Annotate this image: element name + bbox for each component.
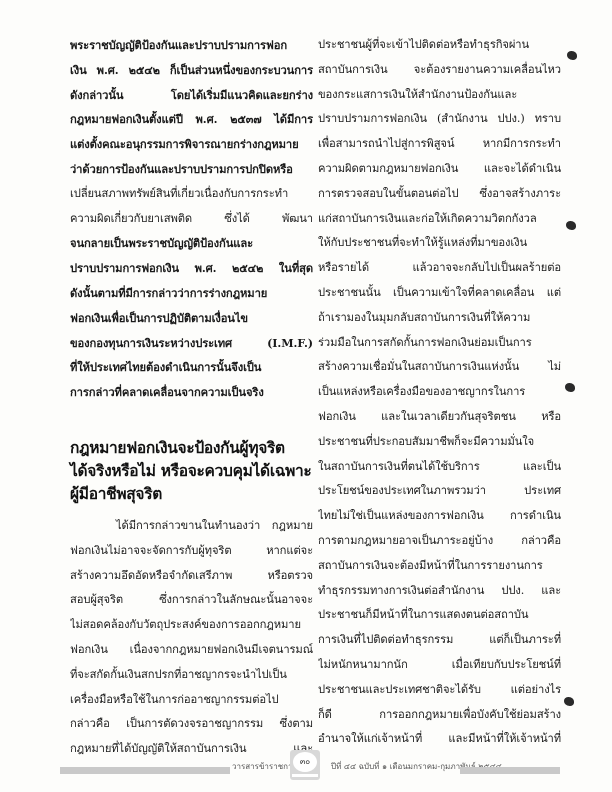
text-line: กฎหมายที่ได้บัญญัติให้สถาบันการเงิน และ — [70, 737, 313, 762]
text-line: ประโยชน์ของประเทศในภาพรวมว่า ประเทศ — [318, 479, 561, 504]
text-line: ของกองทุนการเงินระหว่างประเทศ (I.M.F.) — [70, 331, 313, 356]
paragraph-continued: ประชาชนผู้ที่จะเข้าไปติดต่อหรือทำธุรกิจผ… — [318, 33, 561, 752]
text-line: การตามกฎหมายอาจเป็นภาระอยู่บ้าง กล่าวคือ — [318, 529, 561, 554]
text-line: ประชาชนและประเทศชาติจะได้รับ แต่อย่างไร — [318, 678, 561, 703]
text-line: ไม่หนักหนามากนัก เมื่อเทียบกับประโยชน์ที… — [318, 653, 561, 678]
text-line: ประชาชนผู้ที่จะเข้าไปติดต่อหรือทำธุรกิจผ… — [318, 33, 561, 58]
text-line: เพื่อสามารถนำไปสู่การพิสูจน์ หากมีการกระ… — [318, 132, 561, 157]
text-line: ความผิดเกี่ยวกับยาเสพติด ซึ่งได้ พัฒนา — [70, 207, 313, 232]
text-line: สร้างความเชื่อมั่นในสถาบันการเงินแห่งนั้… — [318, 355, 561, 380]
footer-bar-right — [460, 767, 560, 774]
paragraph-2: ได้มีการกล่าวขานในทำนองว่า กฎหมายฟอกเงิน… — [70, 514, 313, 762]
section-heading: กฎหมายฟอกเงินจะป้องกันผู้ทุจริต ได้จริงห… — [70, 437, 313, 506]
binder-hole-mark — [564, 697, 574, 706]
text-line: ว่าด้วยการป้องกันและปราบปรามการปกปิดหรือ — [70, 157, 313, 182]
footer-bar-left — [60, 767, 230, 774]
text-line: สถาบันการเงิน จะต้องรายงานความเคลื่อนไหว — [318, 58, 561, 83]
text-line: ฟอกเงิน และในเวลาเดียวกันสุจริตชน หรือ — [318, 405, 561, 430]
text-line: เป็นแหล่งหรือเครื่องมือของอาชญากรในการ — [318, 380, 561, 405]
text-line: สอบผู้สุจริต ซึ่งการกล่าวในลักษณะนั้นอาจ… — [70, 588, 313, 613]
text-line: อำนาจให้แก่เจ้าหน้าที่ และมีหน้าที่ให้เจ… — [318, 727, 561, 752]
text-line: ประชาชนนั้น เป็นความเข้าใจที่คลาดเคลื่อน… — [318, 281, 561, 306]
text-line: ในสถาบันการเงินที่ตนได้ใช้บริการ และเป็น — [318, 455, 561, 480]
page-number: ๓๐ — [293, 752, 317, 772]
heading-line-1: กฎหมายฟอกเงินจะป้องกันผู้ทุจริต — [70, 437, 313, 460]
right-column: ประชาชนผู้ที่จะเข้าไปติดต่อหรือทำธุรกิจผ… — [318, 33, 561, 752]
text-line: จนกลายเป็นพระราชบัญญัติป้องกันและ — [70, 231, 313, 256]
text-line: ได้มีการกล่าวขานในทำนองว่า กฎหมาย — [70, 514, 313, 539]
badge-base — [292, 774, 318, 777]
heading-line-2: ได้จริงหรือไม่ หรือจะควบคุมได้เฉพาะ — [70, 460, 313, 483]
footer-journal-name: วารสารข้าราชการ — [232, 760, 297, 773]
paragraph-1: พระราชบัญญัติป้องกันและปราบปรามการฟอกเงิ… — [70, 33, 313, 405]
text-line: ก็ดี การออกกฎหมายเพื่อบังคับใช้ย่อมสร้าง — [318, 703, 561, 728]
text-line: สถาบันการเงินจะต้องมีหน้าที่ในการรายงานก… — [318, 554, 561, 579]
text-line: เงิน พ.ศ. ๒๕๔๒ ก็เป็นส่วนหนึ่งของกระบวนก… — [70, 58, 313, 83]
text-line: ให้กับประชาชนที่จะทำให้รู้แหล่งที่มาของเ… — [318, 231, 561, 256]
binder-hole-mark — [566, 221, 576, 230]
text-line: สร้างความอึดอัดหรือจำกัดเสรีภาพ หรือตรวจ — [70, 564, 313, 589]
text-line: ดังนั้นตามที่มีการกล่าวว่าการร่างกฎหมาย — [70, 281, 313, 306]
binder-hole-mark — [565, 383, 575, 392]
text-line: หรือรายได้ แล้วอาจจะกลับไปเป็นผลร้ายต่อ — [318, 256, 561, 281]
text-line: เครื่องมือหรือใช้ในการก่ออาชญากรรมต่อไป — [70, 688, 313, 713]
text-line: เปลี่ยนสภาพทรัพย์สินที่เกี่ยวเนื่องกับกา… — [70, 182, 313, 207]
text-line: ฟอกเงินไม่อาจจะจัดการกับผู้ทุจริต หากแต่… — [70, 539, 313, 564]
text-line: กฎหมายฟอกเงินตั้งแต่ปี พ.ศ. ๒๕๓๗ ได้มีกา… — [70, 107, 313, 132]
text-line: การเงินที่ไปติดต่อทำธุรกรรม แต่ก็เป็นภาร… — [318, 628, 561, 653]
text-line: ที่จะสกัดกั้นเงินสกปรกที่อาชญากรจะนำไปเป… — [70, 663, 313, 688]
text-line: ไม่สอดคล้องกับวัตถุประสงค์ของการออกกฎหมา… — [70, 613, 313, 638]
text-line: ปราบปรามการฟอกเงิน (สำนักงาน ปปง.) ทราบ — [318, 107, 561, 132]
text-line: ร่วมมือในการสกัดกั้นการฟอกเงินย่อมเป็นกา… — [318, 331, 561, 356]
text-line: ที่ให้ประเทศไทยต้องดำเนินการนั้นจึงเป็น — [70, 355, 313, 380]
text-line: ของกระแสการเงินให้สำนักงานป้องกันและ — [318, 83, 561, 108]
text-line: แต่งตั้งคณะอนุกรรมการพิจารณายกร่างกฎหมาย — [70, 132, 313, 157]
text-line: ปราบปรามการฟอกเงิน พ.ศ. ๒๕๔๒ ในที่สุด — [70, 256, 313, 281]
text-line: การตรวจสอบในขั้นตอนต่อไป ซึ่งอาจสร้างภาร… — [318, 182, 561, 207]
binder-hole-mark — [567, 51, 577, 60]
text-line: ความผิดตามกฎหมายฟอกเงิน และจะได้ดำเนิน — [318, 157, 561, 182]
text-line: พระราชบัญญัติป้องกันและปราบปรามการฟอก — [70, 33, 313, 58]
text-line: แก่สถาบันการเงินและก่อให้เกิดความวิตกกัง… — [318, 207, 561, 232]
text-line: ดังกล่าวนั้น โดยได้เริ่มมีแนวคิดและยกร่า… — [70, 83, 313, 108]
text-line: ประชาชนที่ประกอบสัมมาชีพก็จะมีความมั่นใจ — [318, 430, 561, 455]
text-line: กล่าวคือ เป็นการตัดวงจรอาชญากรรม ซึ่งตาม — [70, 712, 313, 737]
text-line: ไทยไม่ใช่เป็นแหล่งของการฟอกเงิน การดำเนิ… — [318, 504, 561, 529]
text-line: ฟอกเงินเพื่อเป็นการปฏิบัติตามเงื่อนไข — [70, 306, 313, 331]
text-line: ฟอกเงิน เนื่องจากกฎหมายฟอกเงินมีเจตนารมณ… — [70, 638, 313, 663]
page-number-badge: ๓๐ — [290, 750, 320, 780]
left-column: พระราชบัญญัติป้องกันและปราบปรามการฟอกเงิ… — [70, 33, 313, 762]
heading-line-3: ผู้มีอาชีพสุจริต — [70, 483, 313, 506]
text-line: การกล่าวที่คลาดเคลื่อนจากความเป็นจริง — [70, 380, 313, 405]
text-line: ประชาชนก็มีหน้าที่ในการแสดงตนต่อสถาบัน — [318, 603, 561, 628]
text-line: ถ้าเรามองในมุมกลับสถาบันการเงินที่ให้ควา… — [318, 306, 561, 331]
text-line: ทำธุรกรรมทางการเงินต่อสำนักงาน ปปง. และ — [318, 579, 561, 604]
